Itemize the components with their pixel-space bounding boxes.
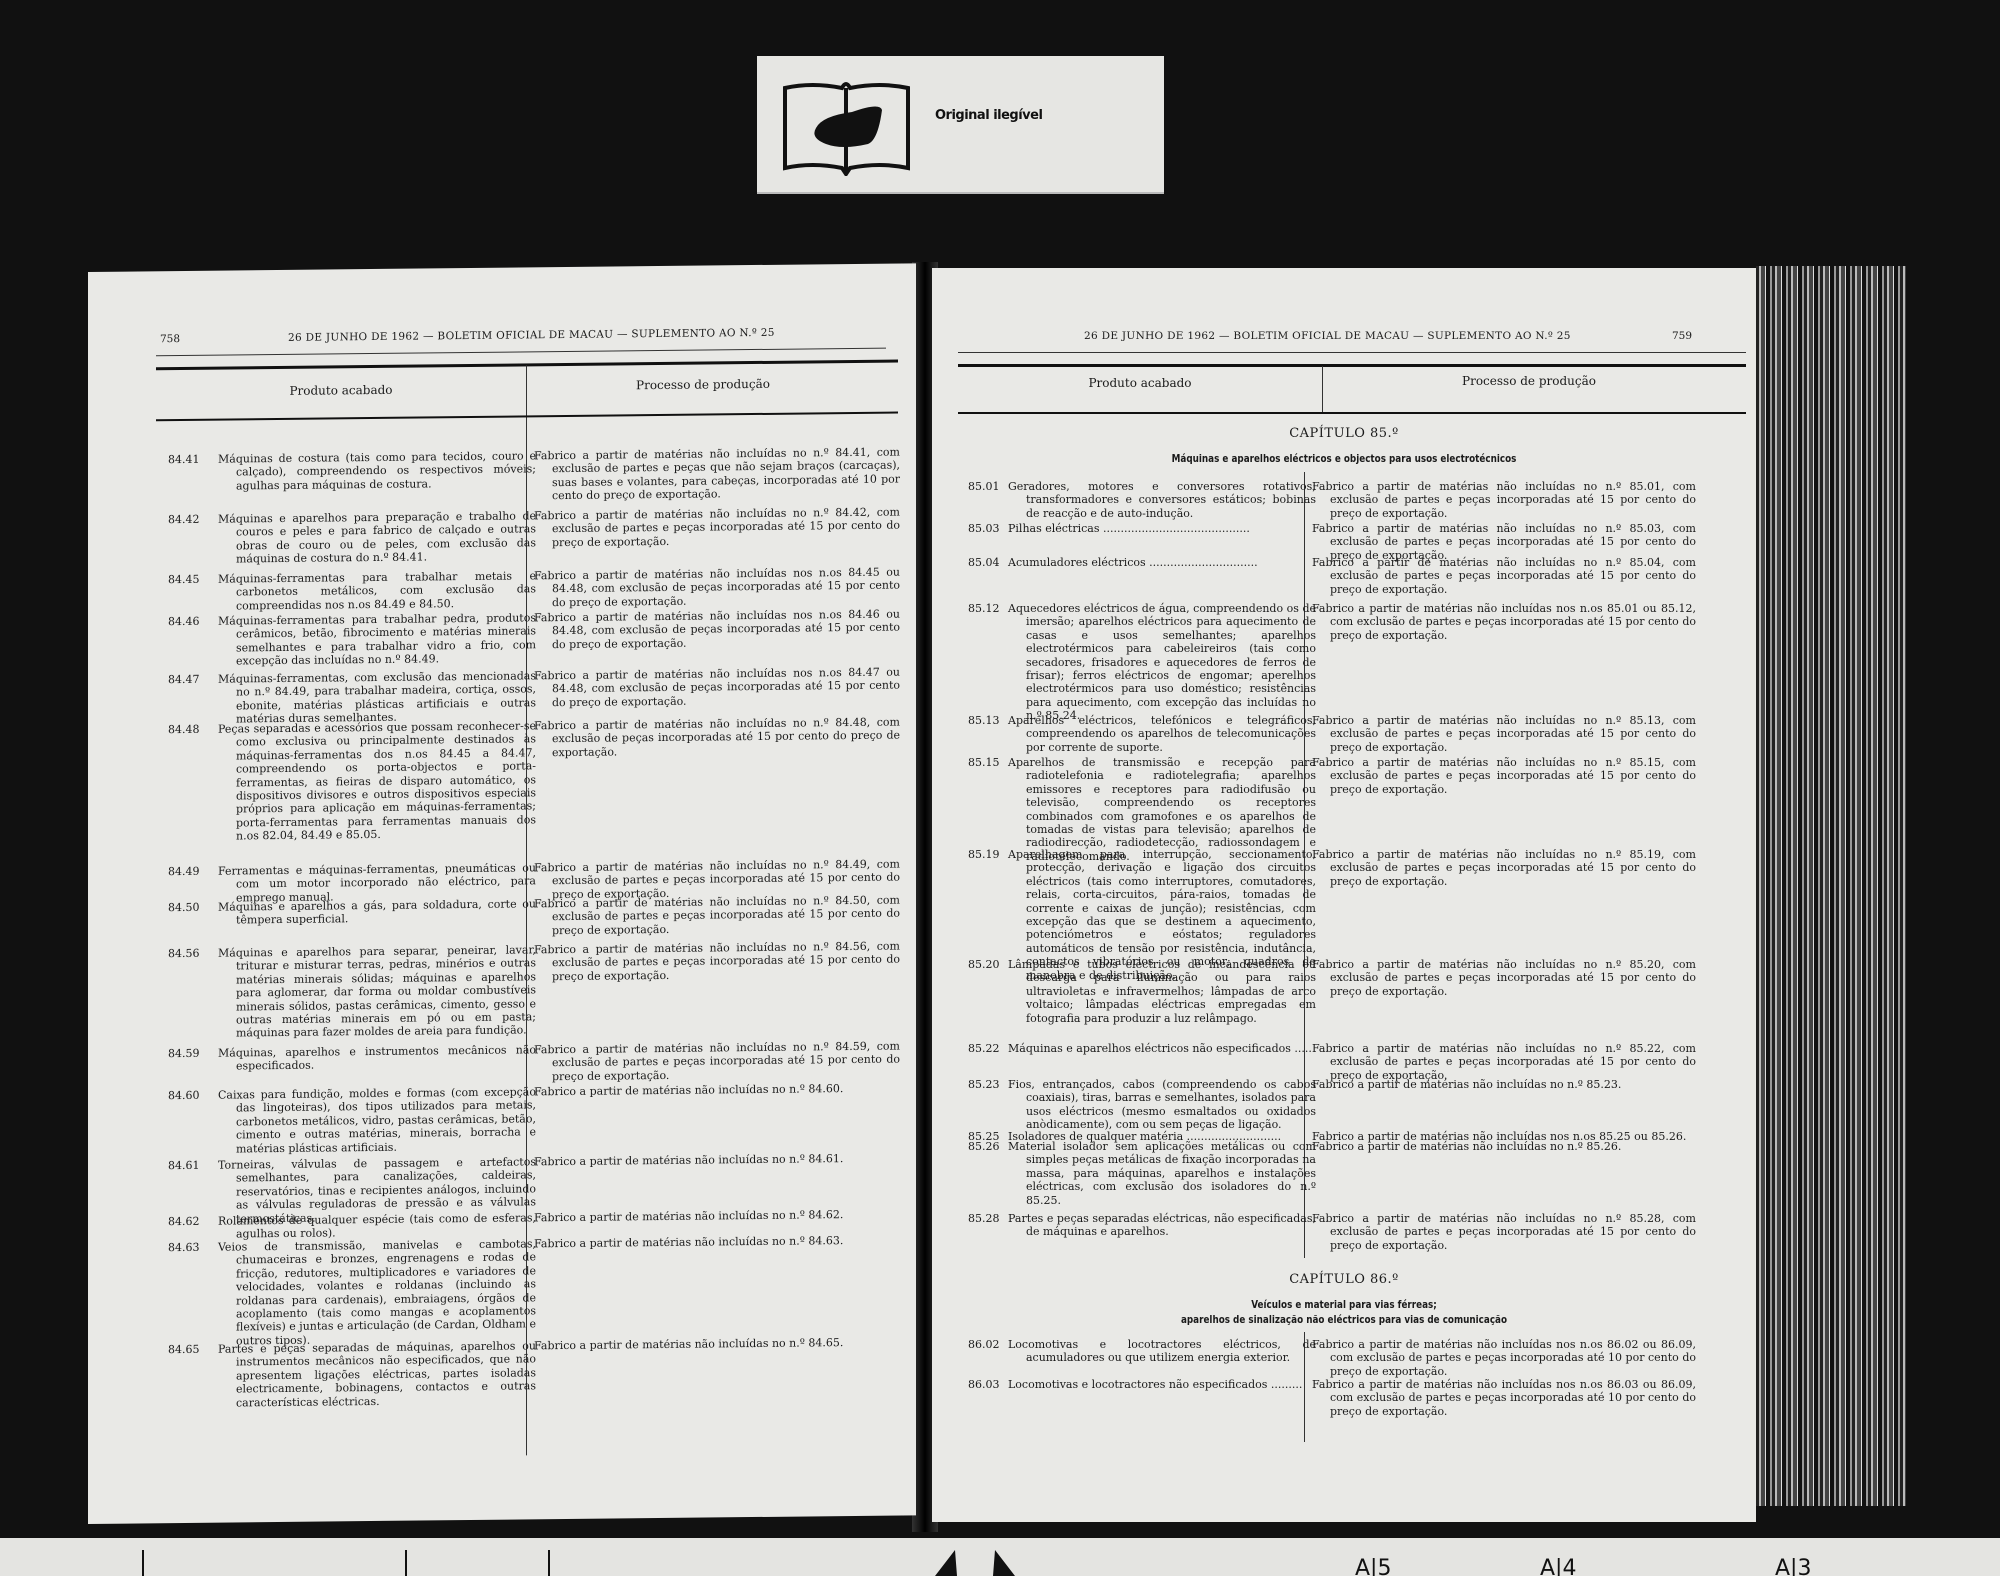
table-row: 84.47Máquinas-ferramentas, com exclusão … <box>88 665 916 674</box>
column-header-process: Processo de produção <box>528 376 878 394</box>
right-page: 26 DE JUNHO DE 1962 — BOLETIM OFICIAL DE… <box>932 268 1756 1522</box>
table-row: 84.42Máquinas e aparelhos para preparaçã… <box>88 505 916 514</box>
tariff-code: 84.41 <box>168 453 214 467</box>
illegible-original-target: Original ilegível <box>757 56 1164 194</box>
production-process: Fabrico a partir de matérias não incluíd… <box>1312 756 1696 796</box>
production-process: Fabrico a partir de matérias não incluíd… <box>534 939 900 983</box>
product-description: Partes e peças separadas eléctricas, não… <box>1008 1212 1316 1239</box>
chapter-86-title-line2: aparelhos de sinalização não eléctricos … <box>1014 1313 1673 1326</box>
product-description: Máquinas-ferramentas, com exclusão das m… <box>218 669 536 726</box>
production-process: Fabrico a partir de matérias não incluíd… <box>534 665 900 709</box>
page-number: 758 <box>160 333 180 345</box>
production-process: Fabrico a partir de matérias não incluíd… <box>1312 1078 1696 1091</box>
production-process: Fabrico a partir de matérias não incluíd… <box>534 445 900 502</box>
page-edges <box>1756 266 1906 1506</box>
production-process: Fabrico a partir de matérias não incluíd… <box>1312 958 1696 998</box>
product-description: Caixas para fundição, moldes e formas (c… <box>218 1085 536 1155</box>
production-process: Fabrico a partir de matérias não incluíd… <box>1312 1378 1696 1418</box>
production-process: Fabrico a partir de matérias não incluíd… <box>534 565 900 609</box>
production-process: Fabrico a partir de matérias não incluíd… <box>534 893 900 937</box>
product-description: Lâmpadas e tubos eléctricos de incandesc… <box>1008 958 1316 1025</box>
running-head: 26 DE JUNHO DE 1962 — BOLETIM OFICIAL DE… <box>288 327 775 344</box>
tariff-code: 84.59 <box>168 1047 214 1061</box>
product-description: Locomotivas e locotractores eléctricos, … <box>1008 1338 1316 1365</box>
table-row: 84.41Máquinas de costura (tais como para… <box>88 445 916 454</box>
tariff-code: 84.56 <box>168 947 214 961</box>
product-description: Veios de transmissão, manivelas e cambot… <box>218 1237 536 1348</box>
table-row: 84.60Caixas para fundição, moldes e form… <box>88 1081 916 1090</box>
production-process: Fabrico a partir de matérias não incluíd… <box>1312 1338 1696 1378</box>
product-description: Aparelhos eléctricos, telefónicos e tele… <box>1008 714 1316 754</box>
film-mark: A|5 <box>1355 1556 1391 1576</box>
film-mark: A|3 <box>1775 1556 1811 1576</box>
column-header-process: Processo de produção <box>1324 374 1734 388</box>
production-process: Fabrico a partir de matérias não incluíd… <box>1312 480 1696 520</box>
production-process: Fabrico a partir de matérias não incluíd… <box>1312 556 1696 596</box>
tariff-code: 84.49 <box>168 865 214 879</box>
chapter-85-title: Máquinas e aparelhos eléctricos e object… <box>1014 452 1673 465</box>
chapter-86-title-line1: Veículos e material para vias férreas; <box>1014 1298 1673 1311</box>
film-center-marker-icon <box>935 1548 1015 1576</box>
chapter-85-heading: CAPÍTULO 85.º <box>932 426 1756 441</box>
page-number: 759 <box>1672 330 1692 342</box>
table-row: 84.59Máquinas, aparelhos e instrumentos … <box>88 1039 916 1048</box>
product-description: Locomotivas e locotractores não especifi… <box>1008 1378 1316 1391</box>
tariff-code: 84.46 <box>168 615 214 629</box>
production-process: Fabrico a partir de matérias não incluíd… <box>534 607 900 651</box>
production-process: Fabrico a partir de matérias não incluíd… <box>1312 714 1696 754</box>
tariff-code: 84.60 <box>168 1089 214 1103</box>
product-description: Máquinas e aparelhos para preparação e t… <box>218 509 536 566</box>
column-header-product: Produto acabado <box>156 381 526 399</box>
production-process: Fabrico a partir de matérias não incluíd… <box>534 1335 900 1352</box>
product-description: Peças separadas e acessórios que possam … <box>218 719 536 843</box>
production-process: Fabrico a partir de matérias não incluíd… <box>534 1081 900 1098</box>
production-process: Fabrico a partir de matérias não incluíd… <box>534 715 900 759</box>
product-description: Máquinas, aparelhos e instrumentos mecân… <box>218 1043 536 1073</box>
production-process: Fabrico a partir de matérias não incluíd… <box>534 1207 900 1224</box>
production-process: Fabrico a partir de matérias não incluíd… <box>1312 1212 1696 1252</box>
tariff-code: 84.61 <box>168 1159 214 1173</box>
product-description: Máquinas e aparelhos eléctricos não espe… <box>1008 1042 1316 1055</box>
product-description: Máquinas-ferramentas para trabalhar pedr… <box>218 611 536 668</box>
tariff-code: 84.62 <box>168 1215 214 1229</box>
product-description: Máquinas e aparelhos para separar, penei… <box>218 943 536 1040</box>
left-entries-table: 84.41Máquinas de costura (tais como para… <box>88 263 916 272</box>
product-description: Aquecedores eléctricos de água, compreen… <box>1008 602 1316 723</box>
film-mark: A|4 <box>1540 1556 1576 1576</box>
table-row: 84.56Máquinas e aparelhos para separar, … <box>88 939 916 948</box>
column-header-product: Produto acabado <box>958 376 1322 390</box>
tariff-code: 84.47 <box>168 673 214 687</box>
product-description: Material isolador sem aplicações metálic… <box>1008 1140 1316 1207</box>
tariff-code: 84.63 <box>168 1241 214 1255</box>
tariff-code: 84.42 <box>168 513 214 527</box>
tariff-code: 84.45 <box>168 573 214 587</box>
product-description: Partes e peças separadas de máquinas, ap… <box>218 1339 536 1409</box>
production-process: Fabrico a partir de matérias não incluíd… <box>534 505 900 549</box>
product-description: Pilhas eléctricas ......................… <box>1008 522 1316 535</box>
production-process: Fabrico a partir de matérias não incluíd… <box>534 1233 900 1250</box>
production-process: Fabrico a partir de matérias não incluíd… <box>1312 848 1696 888</box>
product-description: Geradores, motores e conversores rotativ… <box>1008 480 1316 520</box>
open-book-with-blot-icon <box>782 80 912 176</box>
product-description: Fios, entrançados, cabos (compreendendo … <box>1008 1078 1316 1132</box>
production-process: Fabrico a partir de matérias não incluíd… <box>534 1151 900 1168</box>
product-description: Acumuladores eléctricos ................… <box>1008 556 1316 569</box>
product-description: Máquinas-ferramentas para trabalhar meta… <box>218 569 536 613</box>
production-process: Fabrico a partir de matérias não incluíd… <box>534 1039 900 1083</box>
illegible-label: Original ilegível <box>935 108 1042 123</box>
product-description: Máquinas e aparelhos a gás, para soldadu… <box>218 897 536 927</box>
chapter-86-heading: CAPÍTULO 86.º <box>932 1272 1756 1287</box>
production-process: Fabrico a partir de matérias não incluíd… <box>1312 1042 1696 1082</box>
tariff-code: 84.65 <box>168 1343 214 1357</box>
production-process: Fabrico a partir de matérias não incluíd… <box>1312 602 1696 642</box>
production-process: Fabrico a partir de matérias não incluíd… <box>1312 1140 1696 1153</box>
running-head: 26 DE JUNHO DE 1962 — BOLETIM OFICIAL DE… <box>1084 330 1571 342</box>
left-page: 758 26 DE JUNHO DE 1962 — BOLETIM OFICIA… <box>88 263 916 1524</box>
tariff-code: 84.48 <box>168 723 214 737</box>
product-description: Máquinas de costura (tais como para teci… <box>218 449 536 493</box>
tariff-code: 84.50 <box>168 901 214 915</box>
table-row: 84.45Máquinas-ferramentas para trabalhar… <box>88 565 916 574</box>
table-row: 84.49Ferramentas e máquinas-ferramentas,… <box>88 857 916 866</box>
